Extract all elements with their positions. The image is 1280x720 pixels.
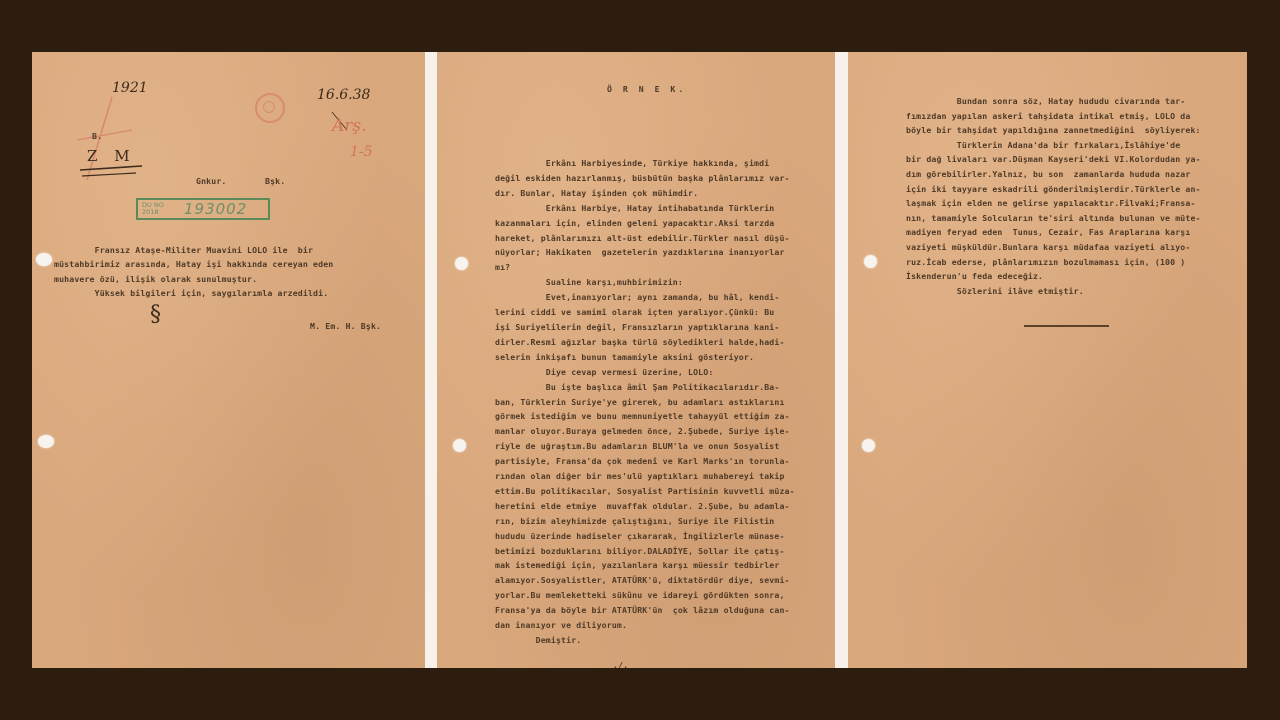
text-line: betimizi bozduklarını biliyor.DALADİYE, … — [495, 544, 795, 559]
text-line: işi Suriyelilerin değil, Fransızların ya… — [495, 320, 795, 335]
text-line: hareket, plânlarımızı alt-üst edebilir.T… — [495, 231, 795, 246]
text-line: hududu üzerinde hadiseler çıkararak, İng… — [495, 529, 795, 544]
transcript-continuation: Bundan sonra söz, Hatay hududu civarında… — [906, 94, 1201, 298]
text-line: Bundan sonra söz, Hatay hududu civarında… — [906, 94, 1201, 109]
cover-letter-body: Fransız Ataşe-Militer Muavini LOLO ile b… — [54, 243, 333, 300]
text-line: Bu işte başlıca âmil Şam Politikacılarıd… — [495, 380, 795, 395]
initial-letter: B. — [92, 129, 102, 143]
page-gap-2 — [835, 52, 848, 668]
end-mark: ./. — [613, 658, 628, 668]
archive-stamp-number: 193002 — [184, 200, 247, 218]
document-page-3: Bundan sonra söz, Hatay hududu civarında… — [848, 52, 1247, 668]
text-line: Erkânı Harbiyesinde, Türkiye hakkında, ş… — [495, 156, 795, 171]
text-line: rın, bizim aleyhimizde çalıştığını, Suri… — [495, 514, 795, 529]
archive-number-stamp: DU NO2018 193002 — [136, 198, 270, 220]
text-line: alamıyor.Sosyalistler, ATATÜRK'ü, diktat… — [495, 573, 795, 588]
text-line: dım görebilirler.Yalnız, bu son zamanlar… — [906, 167, 1201, 182]
text-line: fımızdan yapılan askerî tahşidata intika… — [906, 109, 1201, 124]
header-from: Gnkur. — [196, 174, 226, 188]
header-to: Bşk. — [265, 174, 285, 188]
text-line: nüyorlar; Hakikaten gazetelerin yazdıkla… — [495, 245, 795, 260]
handwritten-initials: Z M — [87, 147, 136, 165]
text-line: manlar oluyor.Buraya gelmeden önce, 2.Şu… — [495, 424, 795, 439]
text-line: görmek istediğim ve bunu memnuniyetle ta… — [495, 409, 795, 424]
text-line: Fransa'ya da böyle bir ATATÜRK'ün çok lâ… — [495, 603, 795, 618]
text-line: Demiştir. — [495, 633, 795, 648]
punch-hole — [864, 255, 877, 268]
text-line: Erkânı Harbiye, Hatay intihabatında Türk… — [495, 201, 795, 216]
text-line: Türklerin Adana'da bir fırkaları,İslâhiy… — [906, 138, 1201, 153]
text-line: mı? — [495, 260, 795, 275]
text-line: vaziyeti müşküldür.Bunlara karşı müdafaa… — [906, 240, 1201, 255]
text-line: dır. Bunlar, Hatay işinden çok mühimdir. — [495, 186, 795, 201]
text-line: madiyen feryad eden Tunus, Cezair, Fas A… — [906, 225, 1201, 240]
handwritten-number: 1921 — [112, 80, 148, 96]
punch-hole — [453, 439, 466, 452]
text-line: değil eskiden hazırlanmış, büsbütün başk… — [495, 171, 795, 186]
text-line: Diye cevap vermesi üzerine, LOLO: — [495, 365, 795, 380]
closing-divider — [1024, 325, 1109, 327]
signature-mark: § — [150, 302, 161, 327]
text-line: selerin inkişafı bunun tamamiyle aksini … — [495, 350, 795, 365]
punch-hole — [36, 253, 52, 266]
text-line: lerini ciddî ve samimî olarak içten yara… — [495, 305, 795, 320]
text-line: mak istemediği için, yazılanlara karşı m… — [495, 558, 795, 573]
punch-hole — [862, 439, 875, 452]
text-line: Sualine karşı,muhbirimizin: — [495, 275, 795, 290]
text-line: ettim.Bu politikacılar, Sosyalist Partis… — [495, 484, 795, 499]
text-line: dirler.Resmî ağızlar başka türlü söyledi… — [495, 335, 795, 350]
punch-hole — [455, 257, 468, 270]
document-title: Ö R N E K. — [607, 82, 686, 96]
text-line: yorlar.Bu memleketteki sükûnu ve idareyi… — [495, 588, 795, 603]
text-line: bir dağ livaları var.Düşman Kayseri'deki… — [906, 152, 1201, 167]
handwritten-date: 16.6.38 — [317, 87, 370, 103]
text-line: Evet,inanıyorlar; aynı zamanda, bu hâl, … — [495, 290, 795, 305]
signature-block: M. Em. H. Bşk. — [310, 319, 381, 333]
text-line: Sözlerini ilâve etmiştir. — [906, 284, 1201, 299]
page-gap-1 — [425, 52, 437, 668]
punch-hole — [38, 435, 54, 448]
transcript-body: Erkânı Harbiyesinde, Türkiye hakkında, ş… — [495, 156, 795, 648]
text-line: için iki tayyare eskadrili gönderilmişle… — [906, 182, 1201, 197]
round-stamp — [255, 93, 285, 123]
text-line: partisiyle, Fransa'da çok medenî ve Karl… — [495, 454, 795, 469]
text-line: kazanmaları için, elinden geleni yapacak… — [495, 216, 795, 231]
text-line: böyle bir tahşidat yapıldığına zannetmed… — [906, 123, 1201, 138]
text-line: laşmak için elden ne gelirse yapılacaktı… — [906, 196, 1201, 211]
text-line: dan inanıyor ve diliyorum. — [495, 618, 795, 633]
text-line: İskenderun'u feda edeceğiz. — [906, 269, 1201, 284]
text-line: ban, Türklerin Suriye'ye girerek, bu ada… — [495, 395, 795, 410]
document-page-1: 1921 16.6.38 Arş. 1-5 B. Z M Gnkur. Bşk.… — [32, 52, 425, 668]
red-annotation-sub: 1-5 — [350, 144, 373, 160]
text-line: riyle de uğraştım.Bu adamların BLUM'la v… — [495, 439, 795, 454]
text-line: heretini elde etmiye muvaffak oldular. 2… — [495, 499, 795, 514]
text-line: ruz.İcab ederse, plânlarımızın bozulmama… — [906, 255, 1201, 270]
red-annotation: Arş. — [332, 116, 367, 136]
archive-stamp-label: DU NO2018 — [142, 202, 164, 216]
text-line: nın, tamamiyle Solcuların te'siri altınd… — [906, 211, 1201, 226]
text-line: rından olan diğer bir mes'ulü yaptıkları… — [495, 469, 795, 484]
document-page-2: Ö R N E K. Erkânı Harbiyesinde, Türkiye … — [437, 52, 835, 668]
